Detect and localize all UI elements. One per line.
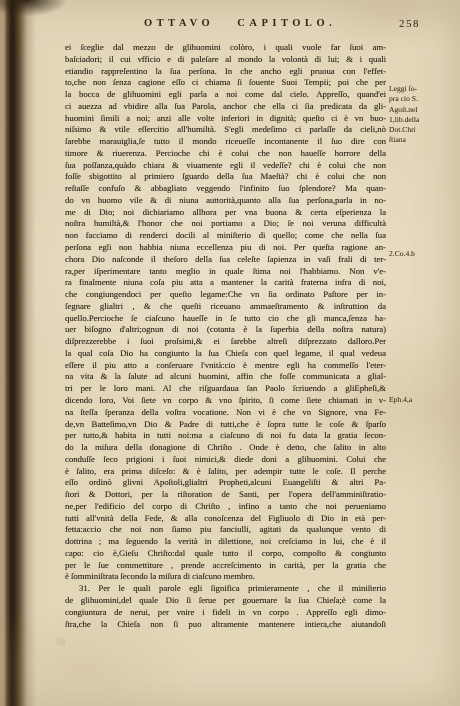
body-text-line: la qual coſa Dio ha congiunto la ſua Chi… bbox=[65, 348, 386, 360]
body-text-line: niſsimo & vtile eſſercitio all'humiltà. … bbox=[65, 124, 386, 136]
margin-note-line: Leggi ſo- bbox=[389, 84, 447, 94]
body-text-line: foſſe sbigottito al primiero ſguardo del… bbox=[65, 171, 386, 183]
bleedthrough-text: gli bbox=[56, 636, 66, 646]
body-text-line: dottrina ; ma ſeguendo la verità in dile… bbox=[65, 536, 386, 548]
body-text-line: 31. Per le quali parole egli ſignifica p… bbox=[65, 583, 386, 595]
body-text-line: per le ſue commettiture , prende accreſc… bbox=[65, 560, 386, 572]
body-text-line: ſtori & Dottori, per la riſtoration de S… bbox=[65, 489, 386, 501]
margin-note-line: Agoſt.nel bbox=[389, 105, 447, 115]
body-text: ei ſceglie dal mezzo de glihuomini colòr… bbox=[65, 42, 386, 630]
body-text-line: de glihuomini,del quale Dio ſi ſerue per… bbox=[65, 595, 386, 607]
margin-note-line: Eph.4,a bbox=[389, 395, 447, 405]
body-text-line: fetta:accio che noi non ſiamo piu fanciu… bbox=[65, 524, 386, 536]
body-text-line: quello.Percioche ſe ciaſcuno haueſſe in … bbox=[65, 313, 386, 325]
body-text-line: che congiungendoci per queſto legame:Che… bbox=[65, 289, 386, 301]
margin-note-line: ſtiana bbox=[389, 135, 447, 145]
body-text-line: reſtaſſe confuſo & abbagliato veggendo l… bbox=[65, 183, 386, 195]
body-text-line: dicendo loro, Voi ſiete vn corpo & vno ſ… bbox=[65, 395, 386, 407]
body-text-line: è ſalito, era prima diſceſo: & è ſalito,… bbox=[65, 466, 386, 478]
body-text-line: eſſo ordinò glivni Apoſtoli,glialtri Pro… bbox=[65, 477, 386, 489]
body-text-line: ne,per l'edificio del corpo di Chriſto ,… bbox=[65, 501, 386, 513]
body-text-line: to,che non ſenza cagione eſſo ci chiama … bbox=[65, 77, 386, 89]
body-text-line: è ſomminiſtrata ſecondo la miſura di cia… bbox=[65, 571, 386, 583]
body-text-line: congiuntura de nerui, per vnire i fideli… bbox=[65, 607, 386, 619]
body-text-line: capo: cio è,Gieſu Chriſto:dal quale tutt… bbox=[65, 548, 386, 560]
body-text-line: chora Dio naſconde il theſoro della ſua … bbox=[65, 254, 386, 266]
body-text-line: tri per le loro mani. Al che riſguardaua… bbox=[65, 383, 386, 395]
margin-note-line: pra cio S. bbox=[389, 94, 447, 104]
page-number: 258 bbox=[399, 18, 420, 30]
book-page-scan: OTTAVO CAPITOLO. 258 ei ſceglie dal mezz… bbox=[0, 0, 460, 706]
margin-note-2corinthians: 2.Co.4.b bbox=[389, 249, 447, 259]
body-text-line: ſarebbe marauiglia,ſe tutto il mondo ric… bbox=[65, 136, 386, 148]
body-text-line: me di Dio; noi dichiariamo allhora per v… bbox=[65, 207, 386, 219]
body-text-line: uer biſogno d'altri;ognun di noi (cotant… bbox=[65, 324, 386, 336]
body-text-line: per tutto,& habita in tutti noi:ma a cia… bbox=[65, 430, 386, 442]
margin-note-line: 1,lib.della bbox=[389, 115, 447, 125]
body-text-line: do la miſura della donagione di Chriſto … bbox=[65, 442, 386, 454]
body-text-line: do vn huomo vile & di niuna auttorità,qu… bbox=[65, 195, 386, 207]
body-text-line: baſciadori; il cui vfficio e di paleſare… bbox=[65, 54, 386, 66]
body-text-line: ei ſceglie dal mezzo de glihuomini colòr… bbox=[65, 42, 386, 54]
body-text-line: noſtra humiltà,& l'honor che noi portiam… bbox=[65, 218, 386, 230]
margin-note-ephesians: Eph.4,a bbox=[389, 395, 447, 405]
body-text-line: etiandio rappreſentino la ſua perſona. I… bbox=[65, 66, 386, 78]
body-text-line: eſſere il piu atto a conſeruare l'vnità:… bbox=[65, 360, 386, 372]
body-text-line: non facciamo di renderci docili al miniſ… bbox=[65, 230, 386, 242]
body-text-line: ci auezza ad vbidire alla ſua Parola, an… bbox=[65, 101, 386, 113]
body-text-line: timore & riuerenza. Percioche chi è colu… bbox=[65, 148, 386, 160]
body-text-line: ſegnare glialtri , & che queſti riceuano… bbox=[65, 301, 386, 313]
margin-note-augustine: Leggi ſo- pra cio S. Agoſt.nel 1,lib.del… bbox=[389, 84, 447, 146]
body-text-line: na vita & la ſalute ad alcuni huomini, a… bbox=[65, 371, 386, 383]
body-text-line: tutti all'vnità della Fede, & alla conoſ… bbox=[65, 513, 386, 525]
body-text-line: diſprezzerebbe i ſuoi proſsimi,& ei ſare… bbox=[65, 336, 386, 348]
page-gutter-shadow bbox=[0, 0, 36, 706]
body-text-line: na ſteſſa ſperanza della voſtra vocation… bbox=[65, 407, 386, 419]
body-text-line: perſona egli non habbia niuna eccellenza… bbox=[65, 242, 386, 254]
margin-note-line: Dot.Chri bbox=[389, 125, 447, 135]
body-text-line: ſtra,che la Chieſa non ſi puo altramente… bbox=[65, 619, 386, 631]
body-text-line: la bocca de glihuomini egli parla a noi … bbox=[65, 89, 386, 101]
body-text-line: ſua poſſanza,quàdo chiara & viuamente eg… bbox=[65, 160, 386, 172]
body-text-line: conduſſe ſeco prigioni i ſuoi nimici,& d… bbox=[65, 454, 386, 466]
body-text-line: de,vn Batteſimo,vn Dio & Padre di tutti,… bbox=[65, 419, 386, 431]
margin-note-line: 2.Co.4.b bbox=[389, 249, 447, 259]
body-text-line: ra finalmente niuna coſa piu atta a mant… bbox=[65, 277, 386, 289]
body-text-line: huomini ſimili a noi; anzi alle volte in… bbox=[65, 113, 386, 125]
running-title: OTTAVO CAPITOLO. bbox=[144, 18, 336, 29]
body-text-line: ra,per iſperimentare tanto meglio in qua… bbox=[65, 266, 386, 278]
